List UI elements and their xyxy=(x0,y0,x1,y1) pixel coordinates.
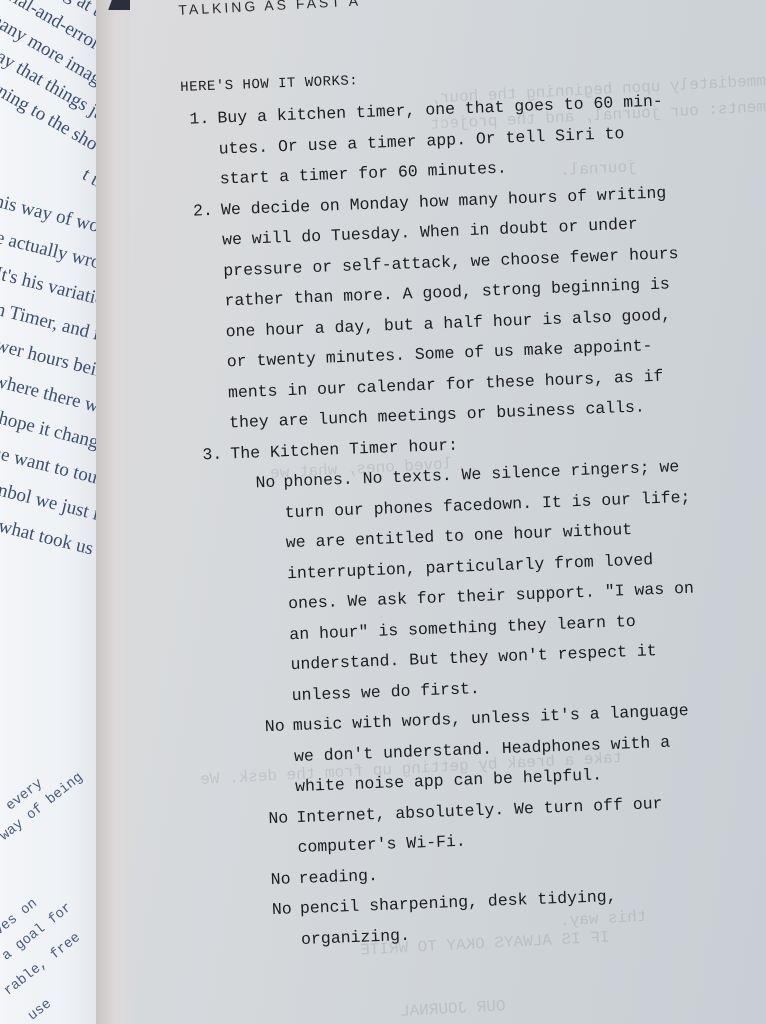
rule-lead: No xyxy=(265,716,286,736)
rule-lead: No xyxy=(255,473,276,493)
left-page-mono-line: use xyxy=(25,996,55,1024)
rule-line: reading. xyxy=(298,865,378,887)
left-page: starting at thetrial-and-error wmany mor… xyxy=(0,0,96,1024)
left-page-text-line: t try. xyxy=(78,164,96,200)
list-item-number: 2. xyxy=(193,200,214,220)
list-item-number: 3. xyxy=(202,444,223,464)
rule-lead: No xyxy=(272,899,293,919)
left-page-text-line: what took us so xyxy=(0,516,96,566)
rule-lead: No xyxy=(270,869,291,889)
list-item-number: 1. xyxy=(189,109,210,129)
rule-lead: No xyxy=(268,808,289,828)
